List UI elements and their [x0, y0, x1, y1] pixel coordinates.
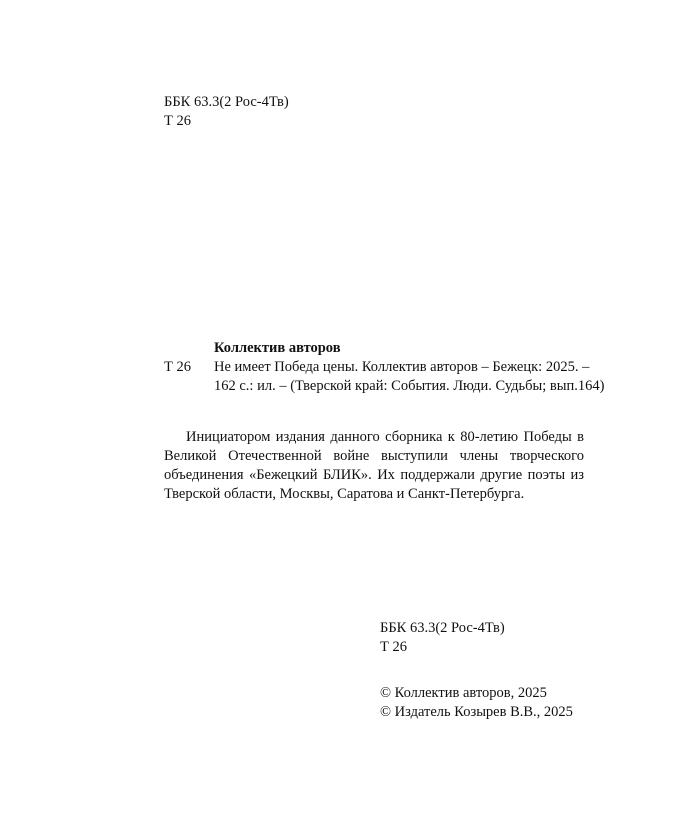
bbk-classification-bottom: ББК 63.3(2 Рос-4Тв) Т 26 — [380, 619, 505, 657]
copyright-authors: © Коллектив авторов, 2025 — [380, 684, 573, 703]
copyright-publisher: © Издатель Козырев В.В., 2025 — [380, 703, 573, 722]
bbk-classification-top: ББК 63.3(2 Рос-4Тв) Т 26 — [164, 93, 289, 131]
author-mark: Т 26 — [380, 638, 505, 657]
catalog-card-line-1: Не имеет Победа цены. Коллектив авторов … — [214, 358, 604, 377]
catalog-card-description: Не имеет Победа цены. Коллектив авторов … — [214, 358, 604, 396]
author-mark: Т 26 — [164, 112, 289, 131]
catalog-card-author: Коллектив авторов — [214, 339, 341, 358]
bbk-index: ББК 63.3(2 Рос-4Тв) — [380, 619, 505, 638]
copyright-block: © Коллектив авторов, 2025 © Издатель Коз… — [380, 684, 573, 722]
annotation-text: Инициатором издания данного сборника к 8… — [164, 428, 584, 504]
annotation: Инициатором издания данного сборника к 8… — [164, 428, 584, 504]
bbk-index: ББК 63.3(2 Рос-4Тв) — [164, 93, 289, 112]
catalog-card-code: Т 26 — [164, 358, 191, 377]
catalog-card-line-2: 162 с.: ил. – (Тверской край: События. Л… — [214, 377, 604, 396]
